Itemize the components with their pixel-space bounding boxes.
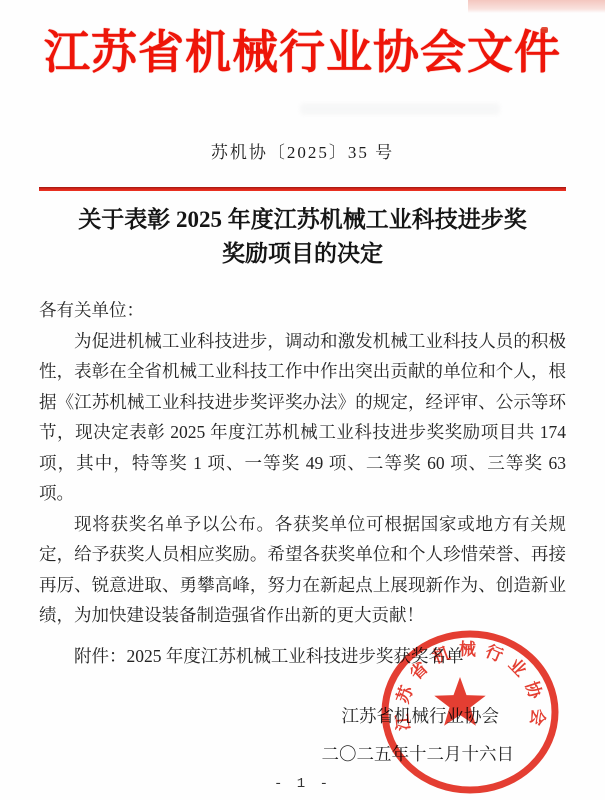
- document-title: 关于表彰 2025 年度江苏机械工业科技进步奖 奖励项目的决定: [0, 203, 605, 271]
- paragraph-2: 现将获奖名单予以公布。各获奖单位可根据国家或地方有关规定，给予获奖人员相应奖励。…: [39, 509, 566, 631]
- scan-artifact-pink-band: [468, 0, 605, 13]
- scan-artifact-red-speck: [541, 27, 548, 33]
- page-number: - 1 -: [0, 776, 605, 792]
- paragraph-1: 为促进机械工业科技进步，调动和激发机械工业科技人员的积极性，表彰在全省机械工业科…: [39, 326, 566, 509]
- document-number: 苏机协〔2025〕35 号: [0, 138, 605, 163]
- salutation: 各有关单位：: [39, 295, 566, 326]
- red-separator-rule: [39, 187, 566, 191]
- signature-organization: 江苏省机械行业协会: [39, 697, 514, 735]
- signature-date: 二〇二五年十二月十六日: [39, 735, 514, 773]
- document-body: 各有关单位： 为促进机械工业科技进步，调动和激发机械工业科技人员的积极性，表彰在…: [39, 295, 566, 671]
- document-title-line2: 奖励项目的决定: [0, 237, 605, 271]
- signature-block: 江苏省机械行业协会 二〇二五年十二月十六日: [39, 697, 566, 773]
- document-page: 江苏省机械行业协会文件 苏机协〔2025〕35 号 关于表彰 2025 年度江苏…: [0, 0, 605, 800]
- letterhead-title: 江苏省机械行业协会文件: [0, 24, 605, 82]
- document-title-line1: 关于表彰 2025 年度江苏机械工业科技进步奖: [0, 203, 605, 237]
- attachment-line: 附件：2025 年度江苏机械工业科技进步奖获奖名单: [39, 641, 566, 672]
- scan-artifact-ghost-text: [300, 103, 500, 115]
